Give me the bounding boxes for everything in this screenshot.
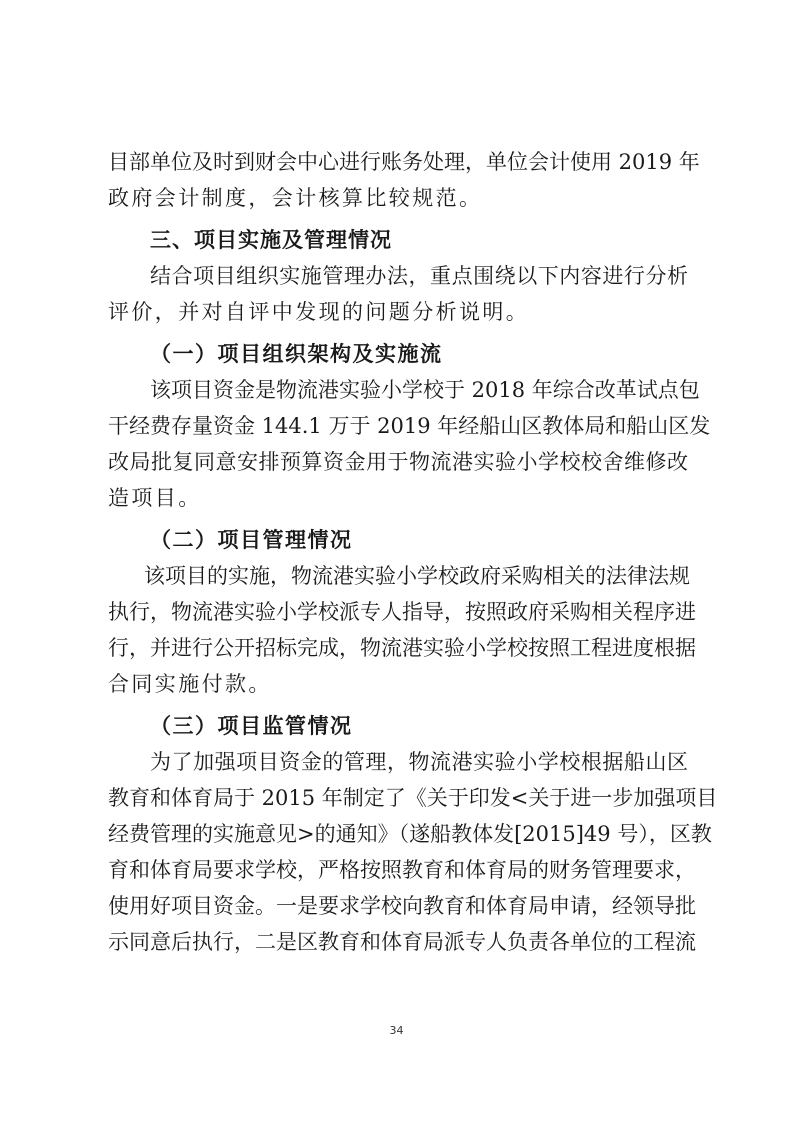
body-line-2: 政府会计制度，会计核算比较规范。 <box>108 186 688 210</box>
body-line-22: 示同意后执行，二是区教育和体育局派专人负责各单位的工程流 <box>108 930 688 954</box>
body-line-14: 行，并进行公开招标完成，物流港实验小学校按照工程进度根据 <box>108 636 688 660</box>
body-line-1: 目部单位及时到财会中心进行账务处理，单位会计使用 2019 年 <box>108 150 688 174</box>
body-line-17: 为了加强项目资金的管理，物流港实验小学校根据船山区 <box>150 750 688 774</box>
subheading-3: （三）项目监管情况 <box>150 714 730 738</box>
subheading-2: （二）项目管理情况 <box>150 528 730 552</box>
body-line-7: 该项目资金是物流港实验小学校于 2018 年综合改革试点包 <box>150 378 688 402</box>
body-line-21: 使用好项目资金。一是要求学校向教育和体育局申请，经领导批 <box>108 894 688 918</box>
body-line-20: 育和体育局要求学校，严格按照教育和体育局的财务管理要求， <box>108 858 688 882</box>
section-heading-3: 三、项目实施及管理情况 <box>150 228 730 252</box>
body-line-19: 经费管理的实施意见>的通知》（遂船教体发[2015]49 号），区教 <box>108 822 688 846</box>
body-line-18: 教育和体育局于 2015 年制定了《关于印发<关于进一步加强项目 <box>108 786 688 810</box>
body-line-4: 结合项目组织实施管理办法，重点围绕以下内容进行分析 <box>150 264 688 288</box>
page-number: 34 <box>0 1024 793 1037</box>
body-line-12: 该项目的实施，物流港实验小学校政府采购相关的法律法规 <box>144 564 688 588</box>
document-page: 目部单位及时到财会中心进行账务处理，单位会计使用 2019 年 政府会计制度，会… <box>0 0 793 1122</box>
body-line-10: 造项目。 <box>108 486 688 510</box>
subheading-1: （一）项目组织架构及实施流 <box>150 342 730 366</box>
body-line-15: 合同实施付款。 <box>108 672 688 696</box>
body-line-5: 评价，并对自评中发现的问题分析说明。 <box>108 300 688 324</box>
body-line-13: 执行，物流港实验小学校派专人指导，按照政府采购相关程序进 <box>108 600 688 624</box>
body-line-9: 改局批复同意安排预算资金用于物流港实验小学校校舍维修改 <box>108 450 688 474</box>
body-line-8: 干经费存量资金 144.1 万于 2019 年经船山区教体局和船山区发 <box>108 414 688 438</box>
